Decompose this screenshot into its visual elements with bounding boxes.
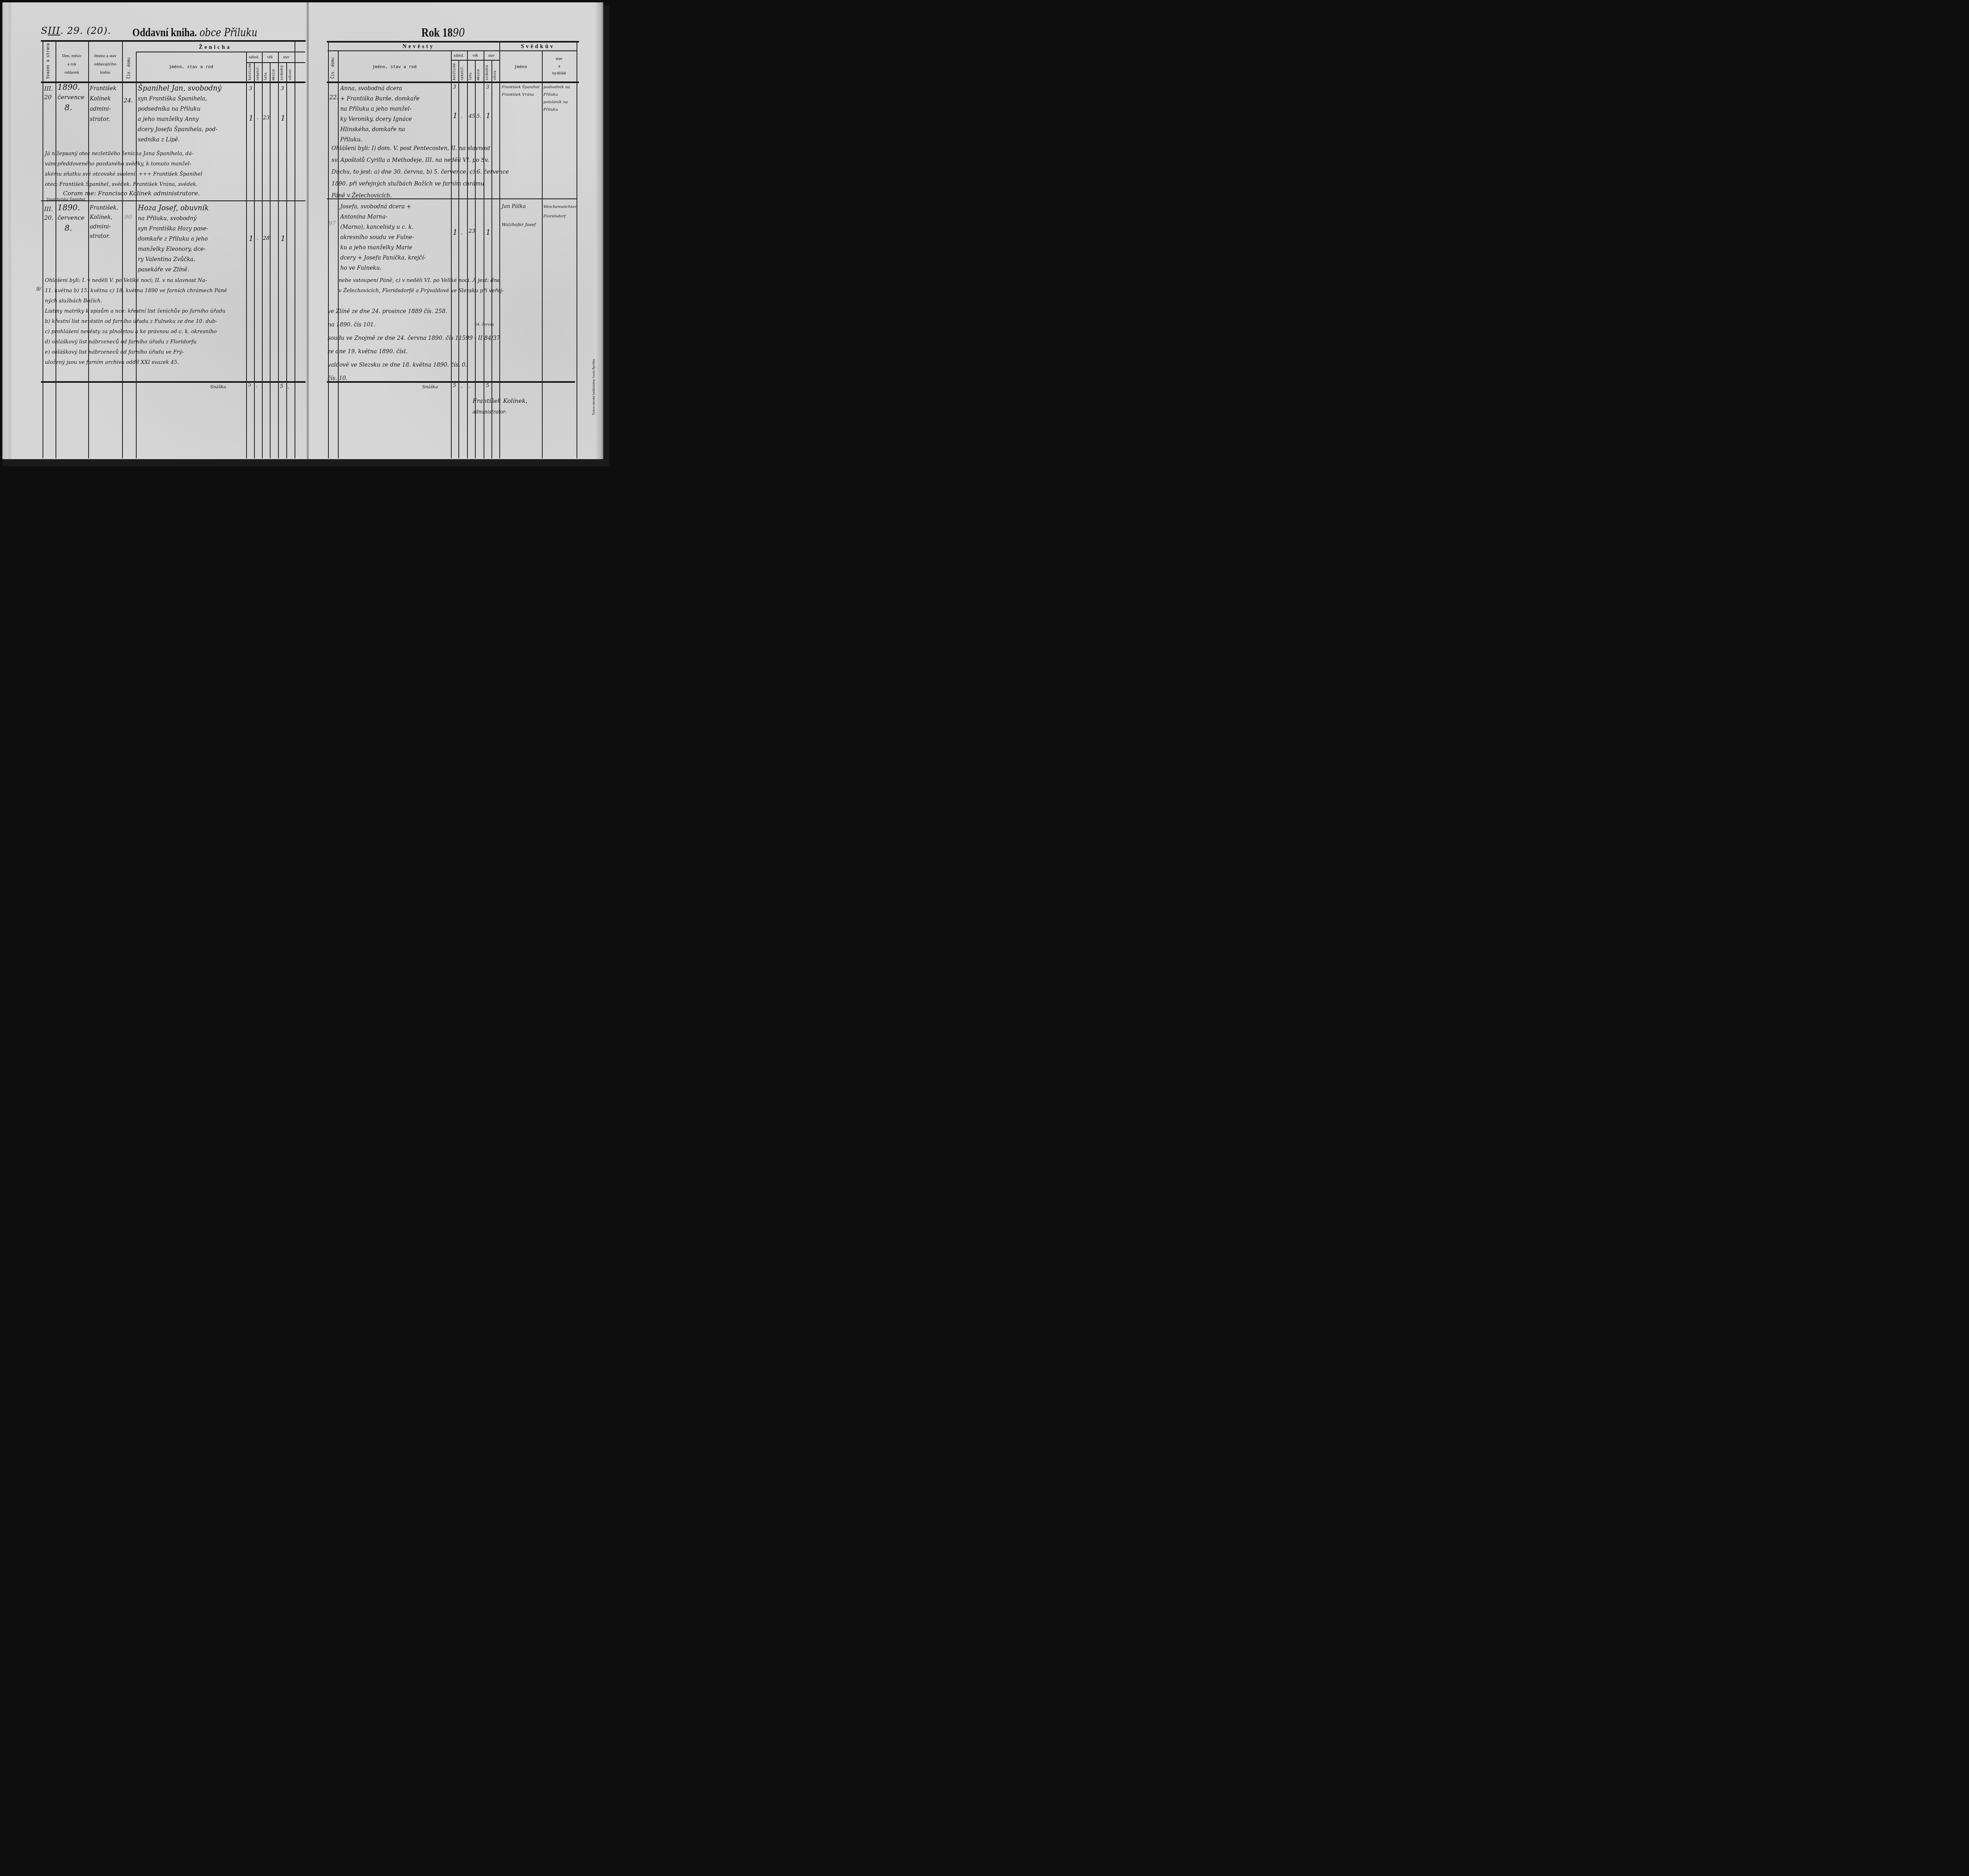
note-line: valdově ve Slezsku ze dne 18. května 189… [328, 358, 500, 372]
cell-text: okresního soudu ve Fulne- [340, 232, 426, 243]
header-age: věk [262, 54, 278, 61]
header-witness-name: jméno [499, 63, 542, 71]
signature: František Kolínek, administrator. [473, 395, 527, 417]
witness-name: Jan Pálka [502, 202, 541, 212]
summary-rule [41, 381, 306, 383]
header-text: oddavajícího [88, 60, 122, 69]
page-edge [595, 2, 603, 459]
cell-text: ho ve Fulneku. [340, 263, 426, 273]
summary-years: . [469, 384, 470, 389]
header-text: Nevěsty [402, 44, 435, 50]
header-single: svobodný [280, 64, 284, 80]
entry1-volume: III. 20 [44, 84, 53, 102]
entry1-bride-catholic: 1 [453, 112, 457, 120]
entry2-bride-house-no: 97 [328, 219, 336, 228]
header-noncatholic: nekatol. [460, 63, 464, 80]
col-line [270, 62, 271, 458]
cell-text: III. [44, 84, 53, 93]
summary-noncatholic: . [256, 383, 258, 389]
header-house-no: Čís. domu [127, 59, 131, 79]
cell-text: 8. [57, 102, 89, 113]
cell-text: 20. [44, 213, 54, 222]
col-line [278, 52, 279, 458]
year-printed: Rok 18 [421, 25, 452, 39]
header-text: stav [542, 55, 577, 63]
document-notes: ve Zlíně ze dne 24. prosince 1889 čís. 2… [328, 305, 500, 385]
header-text: Den, měsíc [56, 52, 88, 60]
header-widow: vdova [493, 67, 497, 80]
cell-text: III. [44, 205, 54, 213]
header-text: Ženicha [199, 44, 232, 50]
summary-label: Snáška [422, 382, 438, 392]
entry1-house-no: 24. [124, 96, 133, 105]
witness-status: podsedník na Přiluku [543, 83, 577, 98]
header-groom-name: jméno, stav a rod [136, 63, 246, 71]
summary-noncatholic: . [461, 384, 462, 389]
header-text: Svědkův [521, 44, 555, 50]
cell-text: podsedníka na Přiluku [138, 104, 222, 114]
witness-name: František Španihel [502, 83, 541, 91]
col-line [451, 51, 452, 458]
entry1-catholic: 1 [249, 114, 253, 122]
note-line: Já nížepsaný otec nezletilého ženicha Ja… [45, 149, 202, 159]
cell-text: František [90, 83, 117, 94]
header-text: oddavek [56, 69, 88, 77]
cell-text: manželky Eleonory, dce- [138, 244, 209, 254]
header-text: bydliště [542, 70, 577, 77]
header-priest: Jmeno a stav oddavajícího kněze [88, 52, 122, 77]
note-line: ve Zlíně ze dne 24. prosince 1889 čís. 2… [328, 305, 500, 318]
summary-catholic: 5 [453, 383, 456, 389]
header-bride-name: jméno, stav a rod [338, 63, 451, 71]
entry2-witnesses: Jan Pálka Walzhofer Josef [502, 202, 541, 230]
attr-subheader-rule [246, 62, 305, 63]
note-line: e) ohláškový list nábrzeneců od farního … [45, 347, 227, 358]
header-text: Jmeno a stav [88, 52, 122, 60]
header-status: stav [278, 54, 295, 61]
note-line: vám předdoveného pozdaného svědky, k tom… [45, 159, 202, 169]
note-line: Páně v Želechovicích. [332, 190, 509, 202]
cell-text: 20 [44, 93, 53, 102]
folio-reference: SIII. 29. (20). [41, 25, 111, 36]
entry2-single: 1 [281, 235, 285, 243]
entry1-bride-noncatholic: . [461, 113, 462, 119]
col-line [56, 41, 56, 458]
banns-note-right: Ohlášeni byli: I) dom. V. post Pentecost… [332, 143, 509, 202]
cell-text: sedníka z Lípě. [138, 135, 222, 145]
entry1-noncatholic: . [257, 115, 258, 121]
cell-text: 8. [57, 223, 89, 233]
signature-title: administrator. [473, 406, 527, 417]
ref-volume: III [48, 25, 60, 36]
note-line: ných službách Božích. [45, 296, 227, 306]
header-widower: vdovec [288, 66, 292, 80]
col-line [467, 51, 468, 458]
entry1-single: 1 [281, 114, 285, 122]
printer-imprint: Tiskem národní knihtiskárny Josefa Šperl… [592, 358, 595, 415]
entry1-date: 1890. července 8. [57, 82, 89, 113]
header-catholic: katolické [248, 64, 252, 80]
cell-text: + Františka Burše, domkaře [340, 94, 419, 104]
col-line [136, 52, 137, 458]
note-line: ze dne 19. května 1890. čísl. [328, 345, 500, 358]
ref-prefix: S [41, 25, 48, 36]
col-line [262, 52, 263, 458]
note-line: Ohlášeni byli: I) dom. V. post Pentecost… [332, 143, 509, 154]
summary-widower: . [287, 384, 289, 390]
header-date: Den, měsíc a rok oddavek [56, 52, 88, 77]
col-line [577, 42, 577, 458]
header-single: svobodná [485, 61, 489, 80]
col-line [286, 62, 287, 458]
cell-text: července [57, 92, 89, 102]
entry2-groom: Hoza Josef, obuvník na Přiluku, svobodný… [138, 203, 209, 275]
tally: 3 [281, 86, 284, 92]
note-line: sv. Apoštolů Cyrilla a Methodeje, III. n… [332, 154, 509, 166]
year-handwritten: 90 [452, 26, 465, 40]
col-line [246, 52, 247, 458]
entry2-noncatholic: . [257, 235, 258, 241]
ref-folio: 29 [67, 25, 80, 36]
witness-status: Floridsdorf [543, 212, 577, 221]
header-text: kněze [88, 69, 122, 77]
cell-text: Kolínek, [90, 213, 118, 222]
note-line: c) prohlášení nevěsty za plnoletou a ke … [45, 327, 227, 337]
tally: 3 [249, 86, 252, 92]
cell-text: Hoza Josef, obuvník [138, 203, 209, 213]
entry1-witnesses: František Španihel František Vrána [502, 83, 541, 98]
note-line: nebe vstoupení Páně, c) v neděli VI. po … [339, 276, 504, 286]
summary-catholic: 5 [248, 382, 251, 388]
header-religion: nábož. [246, 54, 262, 61]
header-years: leta [469, 71, 472, 80]
header-years: leta [264, 71, 267, 80]
cell-text: strator. [90, 114, 117, 124]
consent-note: Já nížepsaný otec nezletilého ženicha Ja… [45, 149, 202, 190]
margin-note: 9/ [36, 284, 41, 295]
cell-text: Španihel Jan, svobodný [138, 83, 222, 94]
cell-text: strator. [90, 232, 118, 241]
header-text: a rok [56, 60, 88, 69]
note-line: uložený jsou ve farním archivu oddíl XXI… [45, 358, 227, 368]
entry2-bride-catholic: 1 [453, 228, 457, 237]
col-line [338, 51, 339, 458]
entry1-priest: František Kolínek admini- strator. [90, 83, 117, 124]
header-months: měsíce [272, 67, 275, 80]
cell-text: ky Veroniky, dcery Ignáce [340, 114, 419, 124]
groom-section-header: Ženicha [136, 43, 295, 53]
entry2-volume: III. 20. [44, 205, 54, 222]
note-line: Listiny matriky k spisům a nce: křestní … [45, 306, 227, 317]
cell-text: admini- [90, 104, 117, 114]
witness-section-header: Svědkův [499, 42, 577, 52]
note-line: Ohlášeni byli: I. v neděli V. po Veliké … [45, 276, 227, 286]
summary-single: 5 [486, 383, 489, 389]
col-line [43, 41, 43, 458]
correction-note: 24. června [475, 320, 494, 330]
cell-text: (Marno), kancelisty u c. k. [340, 222, 426, 232]
cell-text: syn Františka Hozy pase- [138, 224, 209, 234]
note-line: 1890. při veřejných službách Božích ve f… [332, 178, 509, 190]
note-line: na 1890. čís 101. [328, 318, 500, 332]
note-line: d) ohláškový list nábrzeneců od farního … [45, 337, 227, 347]
col-line [254, 62, 255, 458]
note-line: soudu ve Znojmě ze dne 24. června 1890. … [328, 332, 500, 345]
entry1-years: 23 [263, 115, 270, 121]
note-line: b) křestní list nevěstin od farního úřad… [45, 317, 227, 327]
cell-text: dcery Josefa Španihela, pod- [138, 124, 222, 135]
table-top-rule [41, 40, 306, 42]
page-edge [2, 2, 13, 459]
witness-status: pololáník na Přiluku [543, 98, 577, 113]
cell-text: na Přiluku a jeho manžel- [340, 104, 419, 114]
cell-text: admini- [90, 222, 118, 232]
entry2-years: 28 [263, 235, 270, 241]
cell-text: července [57, 213, 89, 223]
entry1-bride-years: 45 [469, 113, 475, 119]
entry2-bride: Josefa, svobodná dcera + Antonína Marna-… [340, 202, 426, 273]
col-line [295, 41, 295, 458]
bride-section-header: Nevěsty [338, 42, 499, 52]
cell-text: 1890. [57, 202, 89, 213]
note-line: v Želechovicích, Floridsdorfě a Frývaldo… [339, 286, 504, 296]
cell-text: Hlinského, domkaře na [340, 124, 419, 135]
ref-old-folio: (20) [87, 25, 108, 36]
header-noncatholic: nekatol. [256, 64, 260, 80]
col-line [328, 42, 329, 458]
note-line: skému sňatku své otcovské svolení: +++ F… [45, 169, 202, 180]
entry1-groom: Španihel Jan, svobodný syn Františka Špa… [138, 83, 222, 145]
entry2-bride-noncatholic: . [461, 230, 462, 236]
entry2-catholic: 1 [249, 235, 253, 243]
note-line: Duchu, to jest: a) dne 30. června, b) 5.… [332, 166, 509, 178]
entry2-priest: František, Kolínek, admini- strator. [90, 203, 118, 241]
col-line [458, 60, 459, 458]
entry2-bride-single: 1 [486, 228, 490, 237]
header-text: a [542, 63, 577, 70]
header-volume-page: Svazek a strana [46, 55, 50, 79]
witness-status: Weichenwächter [543, 202, 577, 212]
entry2-witness-status: Weichenwächter Floridsdorf [543, 202, 577, 221]
header-house-no: Čís. domu [331, 59, 335, 79]
cell-text: ry Valentina Zvůčka, [138, 254, 209, 265]
summary-single: 5 [280, 384, 283, 389]
signature-name: František Kolínek, [473, 395, 527, 406]
cell-text: 1890. [57, 82, 89, 92]
witness-name: František Vrána [502, 91, 541, 98]
cell-text: Josefa, svobodná dcera + [340, 202, 426, 212]
header-status: stav [484, 52, 499, 59]
cell-text: pasekáře ve Zlíně. [138, 265, 209, 275]
header-catholic: katolické [452, 61, 456, 80]
cell-text: František, [90, 203, 118, 213]
note-line: 11. května b) 15. května c) 18. května 1… [45, 286, 227, 296]
tally: 3 [453, 84, 456, 90]
header-bottom-rule [327, 82, 579, 83]
header-age: věk [467, 52, 484, 59]
cell-text: domkaře z Přiluku a jeho [138, 234, 209, 244]
col-line [122, 41, 123, 458]
banns-note-right-2: nebe vstoupení Páně, c) v neděli VI. po … [339, 276, 504, 296]
entry2-bride-years: 23 [469, 228, 475, 234]
col-line [542, 51, 543, 458]
entry1-bride-single: 1 [486, 112, 490, 120]
title-handwritten: obce Přiluku [200, 26, 258, 39]
cell-text: dcery + Josefa Paníčka, krejčí- [340, 253, 426, 263]
entry2-house-no: 90 [124, 213, 132, 221]
cell-text: Antonína Marna- [340, 212, 426, 222]
entry1-bride-house-no: 22. [329, 93, 339, 102]
page-title: Oddavní kniha.obce Přiluku [132, 26, 258, 39]
cell-text: syn Františka Španihela, [138, 94, 222, 104]
header-religion: nábož. [451, 52, 467, 59]
entry2-date: 1890. července 8. [57, 202, 89, 233]
entry1-bride: Anna, svobodná dcera + Františka Burše, … [340, 83, 419, 145]
title-printed: Oddavní kniha. [132, 26, 197, 39]
cell-text: Anna, svobodná dcera [340, 83, 419, 94]
witness-name: Walzhofer Josef [502, 220, 541, 230]
banns-note-left: Ohlášeni byli: I. v neděli V. po Veliké … [45, 276, 227, 368]
year-title: Rok 1890 [421, 25, 465, 40]
entry1-witness-status: podsedník na Přiluku pololáník na Přiluk… [543, 83, 577, 113]
cell-text: Kolínek [90, 94, 117, 104]
entry1-bride-months: 5. [476, 113, 481, 119]
note-line: čís. 10. [328, 372, 500, 385]
cell-text: na Přiluku, svobodný [138, 213, 209, 224]
header-months: měsíce [476, 66, 480, 80]
cell-text: ku a jeho manželky Marie [340, 243, 426, 253]
cell-text: a jeho manželky Anny [138, 114, 222, 124]
header-witness-status: stav a bydliště [542, 55, 577, 77]
summary-label: Snáška [210, 382, 226, 392]
tally: 3 [486, 84, 489, 90]
